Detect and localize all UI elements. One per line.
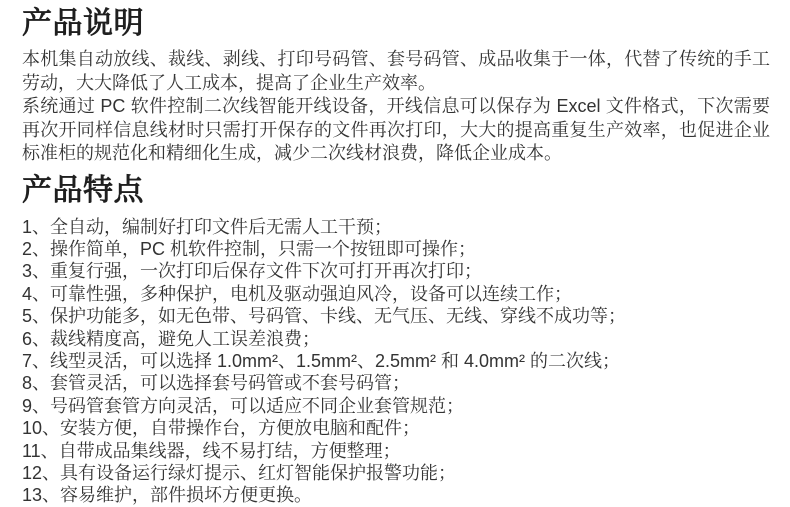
feature-item-4: 4、可靠性强，多种保护，电机及驱动强迫风冷，设备可以连续工作； — [22, 283, 770, 305]
feature-item-11: 11、自带成品集线器，线不易打结，方便整理； — [22, 440, 770, 462]
product-detail-page: 产品说明 本机集自动放线、裁线、剥线、打印号码管、套号码管、成品收集于一体，代替… — [0, 0, 790, 507]
product-features-heading: 产品特点 — [22, 173, 770, 209]
feature-item-13: 13、容易维护，部件损坏方便更换。 — [22, 484, 770, 506]
product-description-heading: 产品说明 — [22, 6, 770, 42]
feature-item-2: 2、操作简单，PC 机软件控制，只需一个按钮即可操作； — [22, 238, 770, 260]
feature-item-10: 10、安装方便，自带操作台，方便放电脑和配件； — [22, 417, 770, 439]
description-paragraph-2: 系统通过 PC 软件控制二次线智能开线设备，开线信息可以保存为 Excel 文件… — [22, 95, 770, 166]
feature-item-6: 6、裁线精度高，避免人工误差浪费； — [22, 328, 770, 350]
feature-item-5: 5、保护功能多，如无色带、号码管、卡线、无气压、无线、穿线不成功等； — [22, 305, 770, 327]
description-paragraph-1: 本机集自动放线、裁线、剥线、打印号码管、套号码管、成品收集于一体，代替了传统的手… — [22, 48, 770, 95]
feature-item-8: 8、套管灵活，可以选择套号码管或不套号码管； — [22, 372, 770, 394]
feature-item-9: 9、号码管套管方向灵活，可以适应不同企业套管规范； — [22, 395, 770, 417]
feature-item-3: 3、重复行强，一次打印后保存文件下次可打开再次打印； — [22, 260, 770, 282]
feature-item-7: 7、线型灵活，可以选择 1.0mm²、1.5mm²、2.5mm² 和 4.0mm… — [22, 350, 770, 372]
features-list: 1、全自动，编制好打印文件后无需人工干预； 2、操作简单，PC 机软件控制，只需… — [22, 216, 770, 507]
feature-item-12: 12、具有设备运行绿灯提示、红灯智能保护报警功能； — [22, 462, 770, 484]
feature-item-1: 1、全自动，编制好打印文件后无需人工干预； — [22, 216, 770, 238]
